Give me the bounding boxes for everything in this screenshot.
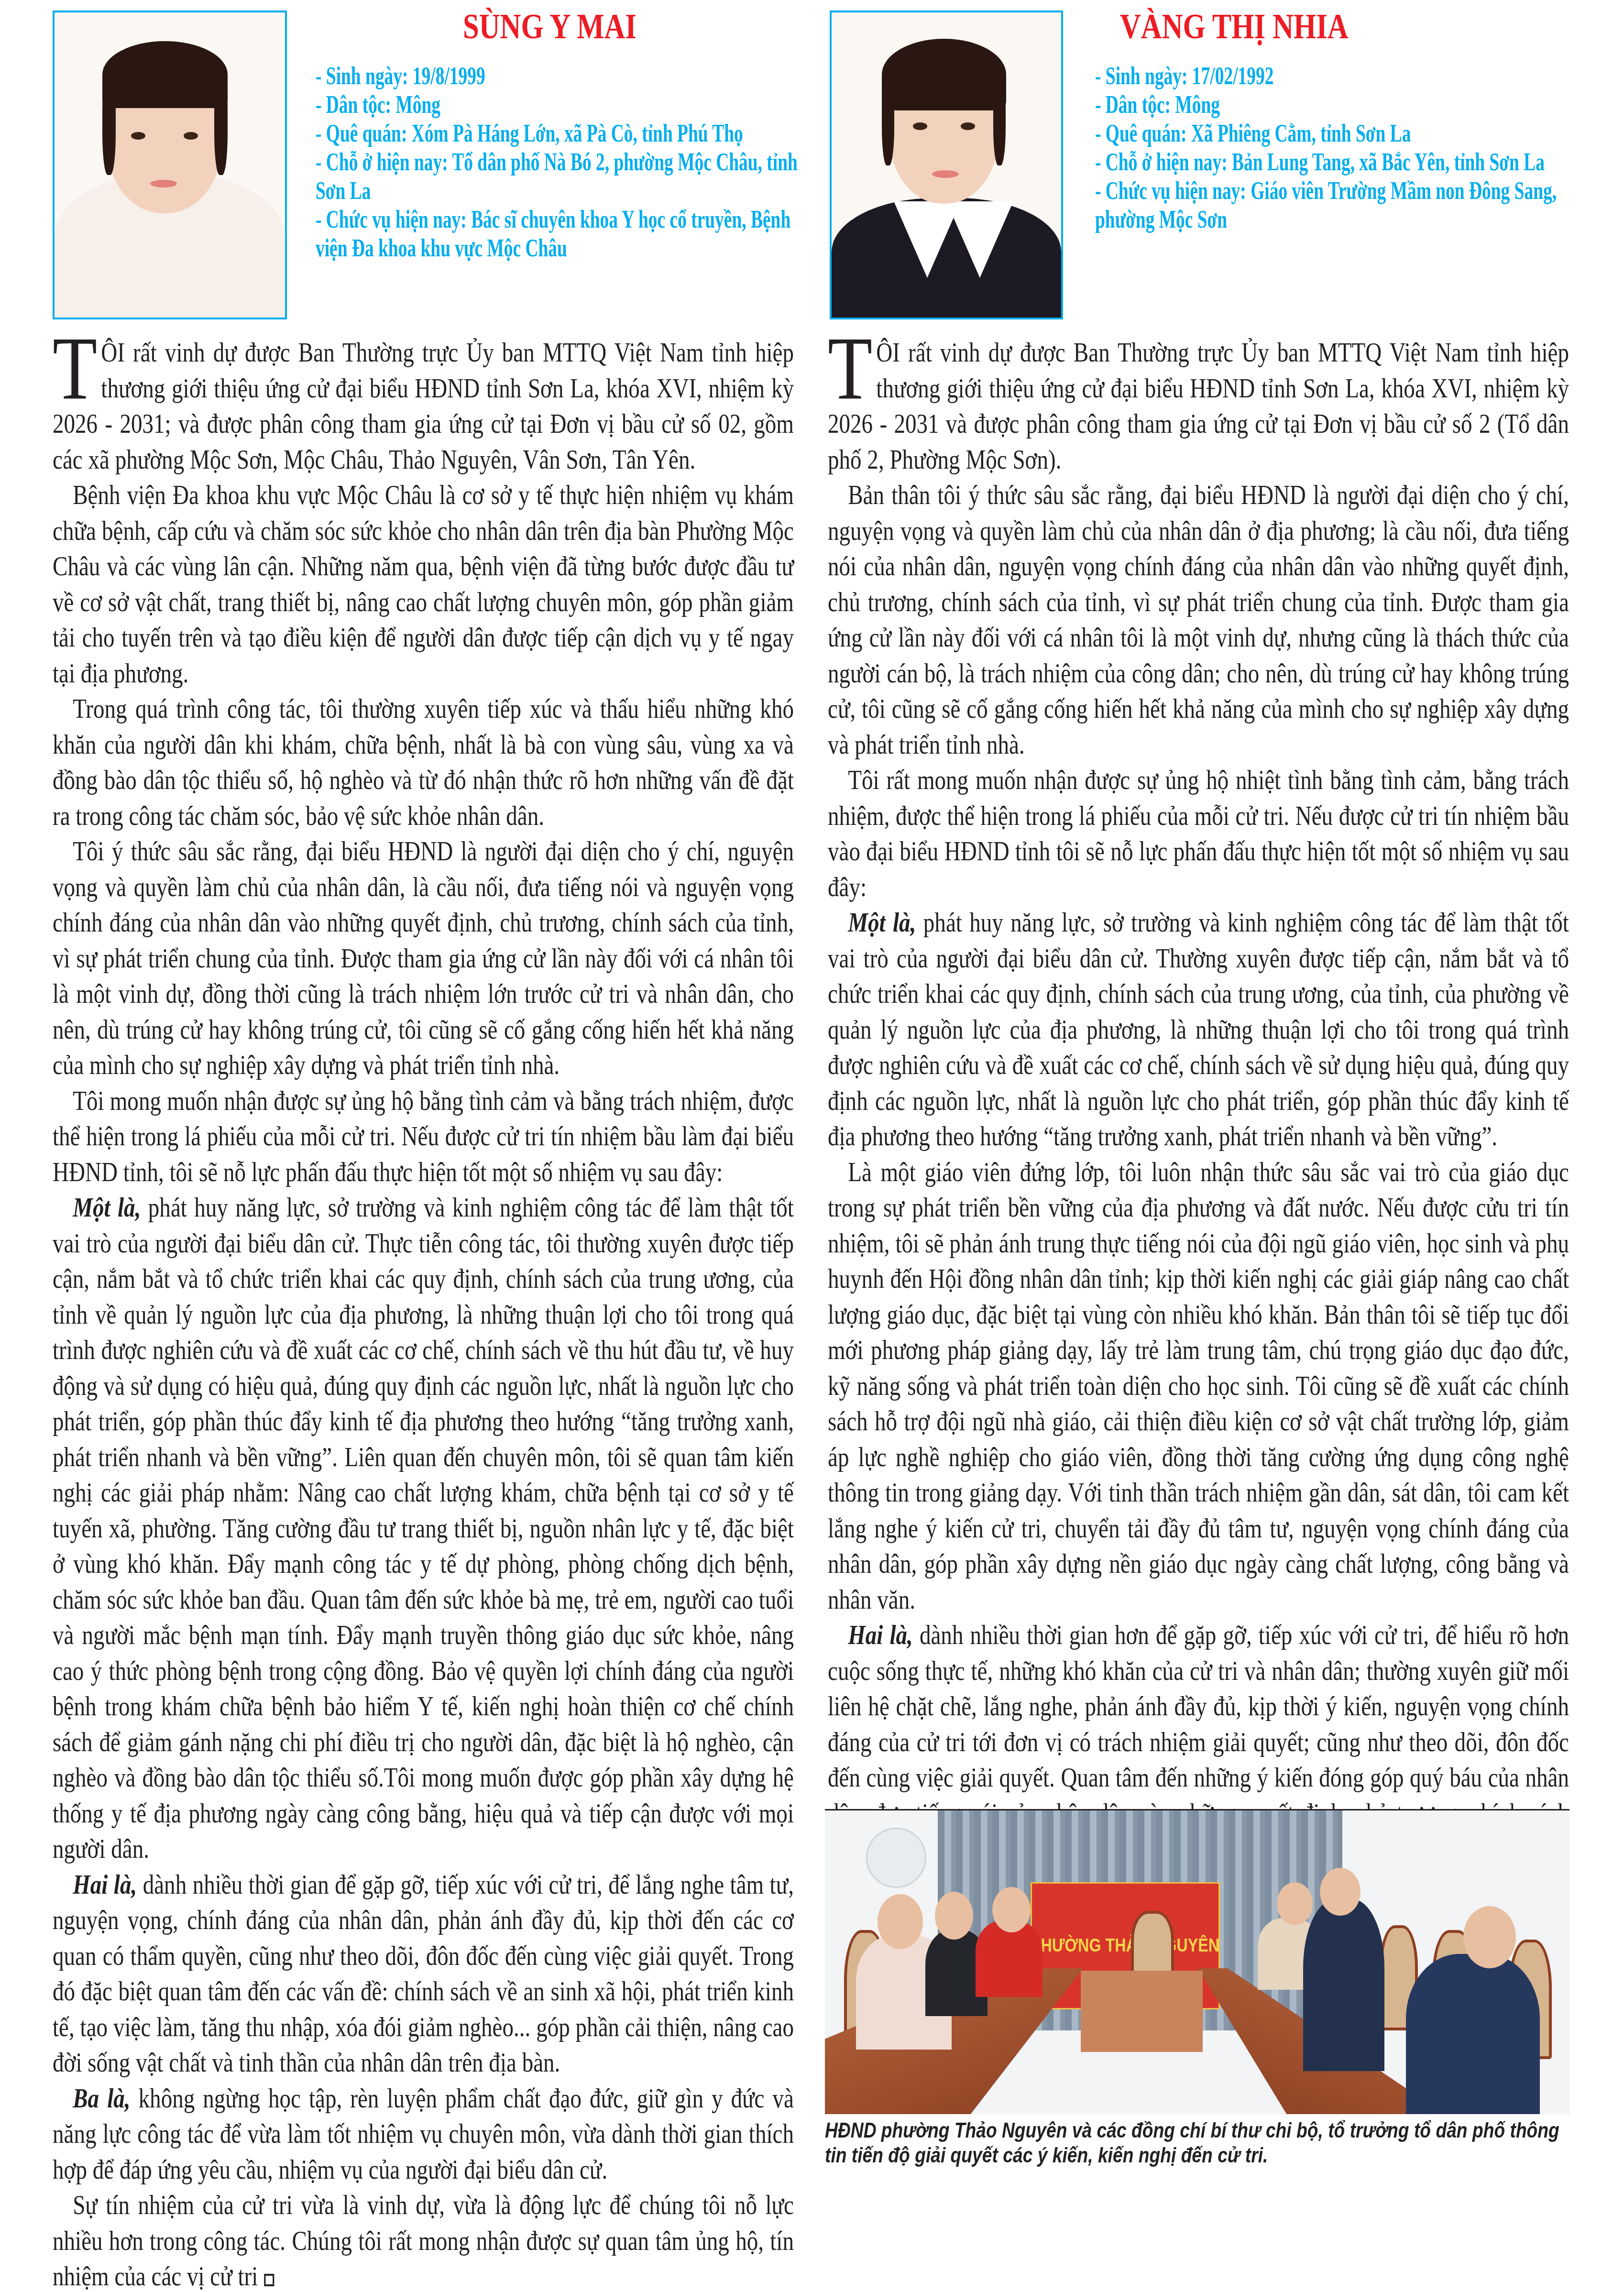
- candidate-portrait-photo: [830, 11, 1063, 319]
- point-lead: Hai là,: [848, 1619, 913, 1650]
- paragraph-text: dành nhiều thời gian để gặp gỡ, tiếp xúc…: [53, 1869, 794, 2078]
- portrait-illustration: [832, 12, 1061, 318]
- article-paragraph: Hai là, dành nhiều thời gian để gặp gỡ, …: [53, 1867, 794, 2081]
- paragraph-text: phát huy năng lực, sở trường và kinh ngh…: [828, 907, 1569, 1151]
- drop-cap: T: [53, 333, 97, 405]
- fact-hometown: - Quê quán: Xóm Pà Háng Lớn, xã Pà Cò, t…: [316, 120, 822, 148]
- article-paragraph: TÔI rất vinh dự được Ban Thường trực Ủy …: [828, 335, 1569, 477]
- attendee-head: [878, 1894, 923, 1949]
- article-paragraph: Tôi mong muốn nhận được sự ủng hộ bằng t…: [53, 1083, 794, 1190]
- paragraph-text: phát huy năng lực, sở trường và kinh ngh…: [53, 1192, 794, 1864]
- point-lead: Hai là,: [73, 1869, 137, 1900]
- candidate-name: SÙNG Y MAI: [463, 7, 636, 47]
- fact-position: - Chức vụ hiện nay: Bác sĩ chuyên khoa Y…: [316, 206, 822, 263]
- point-lead: Ba là,: [73, 2083, 130, 2114]
- paragraph-text: ÔI rất vinh dự được Ban Thường trực Ủy b…: [53, 337, 794, 475]
- fact-ethnicity: - Dân tộc: Mông: [1095, 91, 1601, 120]
- article-paragraph: TÔI rất vinh dự được Ban Thường trực Ủy …: [53, 335, 794, 477]
- article-paragraph: Trong quá trình công tác, tôi thường xuy…: [53, 691, 794, 833]
- attendee-figure-standing: [1303, 1899, 1384, 2071]
- candidate-profile-sung-y-mai: SÙNG Y MAI - Sinh ngày: 19/8/1999 - Dân …: [0, 0, 813, 325]
- drop-cap: T: [828, 333, 872, 405]
- candidate-facts: - Sinh ngày: 17/02/1992 - Dân tộc: Mông …: [1095, 62, 1601, 234]
- point-lead: Một là,: [848, 907, 916, 938]
- fact-position: - Chức vụ hiện nay: Giáo viên Trường Mầm…: [1095, 177, 1601, 234]
- portrait-illustration: [55, 12, 285, 318]
- photo-caption-text: HĐND phường Thảo Nguyên và các đồng chí …: [825, 2118, 1569, 2168]
- candidate-facts: - Sinh ngày: 19/8/1999 - Dân tộc: Mông -…: [316, 62, 822, 263]
- conference-table-end: [1081, 1971, 1203, 2052]
- article-paragraph: Bản thân tôi ý thức sâu sắc rằng, đại bi…: [828, 477, 1569, 762]
- attendee-head: [992, 1887, 1031, 1932]
- fact-hometown: - Quê quán: Xã Phiêng Cằm, tỉnh Sơn La: [1095, 120, 1601, 148]
- fact-birth-date: - Sinh ngày: 19/8/1999: [316, 62, 822, 91]
- wall-fan-icon: [866, 1828, 926, 1888]
- point-lead: Một là,: [73, 1192, 141, 1223]
- article-paragraph: Một là, phát huy năng lực, sở trường và …: [828, 905, 1569, 1154]
- attendee-head: [1277, 1882, 1313, 1925]
- banner-text: PHƯỜNG THẢO NGUYÊN: [1031, 1936, 1219, 1956]
- photo-caption: HĐND phường Thảo Nguyên và các đồng chí …: [825, 2118, 1569, 2168]
- article-paragraph: Tôi rất mong muốn nhận được sự ủng hộ nh…: [828, 762, 1569, 905]
- article-paragraph: Sự tín nhiệm của cử tri vừa là vinh dự, …: [53, 2187, 794, 2292]
- candidate-portrait-photo: [53, 11, 287, 319]
- attendee-head: [1463, 1906, 1516, 1968]
- article-paragraph: Ba là, không ngừng học tập, rèn luyện ph…: [53, 2081, 794, 2188]
- article-paragraph: Tôi ý thức sâu sắc rằng, đại biểu HĐND l…: [53, 833, 794, 1083]
- end-of-article-icon: [264, 2274, 274, 2286]
- article-sung-y-mai: TÔI rất vinh dự được Ban Thường trực Ủy …: [53, 335, 794, 2292]
- fact-birth-date: - Sinh ngày: 17/02/1992: [1095, 62, 1601, 91]
- paragraph-text: ÔI rất vinh dự được Ban Thường trực Ủy b…: [828, 337, 1569, 475]
- article-paragraph: Bệnh viện Đa khoa khu vực Mộc Châu là cơ…: [53, 477, 794, 691]
- attendee-head: [1320, 1868, 1361, 1916]
- fact-residence: - Chỗ ở hiện nay: Bản Lung Tang, xã Bắc …: [1095, 148, 1601, 177]
- candidate-name: VÀNG THỊ NHIA: [1120, 7, 1349, 47]
- fact-ethnicity: - Dân tộc: Mông: [316, 91, 822, 120]
- article-paragraph: Là một giáo viên đứng lớp, tôi luôn nhận…: [828, 1154, 1569, 1618]
- attendee-figure: [1406, 1954, 1540, 2114]
- meeting-photo: PHƯỜNG THẢO NGUYÊN: [825, 1809, 1569, 2114]
- article-paragraph: Một là, phát huy năng lực, sở trường và …: [53, 1190, 794, 1867]
- attendee-head: [935, 1892, 973, 1940]
- fact-residence: - Chỗ ở hiện nay: Tổ dân phố Nà Bó 2, ph…: [316, 148, 822, 206]
- paragraph-text: không ngừng học tập, rèn luyện phẩm chất…: [53, 2083, 794, 2185]
- candidate-profile-vang-thi-nhia: VÀNG THỊ NHIA - Sinh ngày: 17/02/1992 - …: [813, 0, 1624, 325]
- paragraph-text: Sự tín nhiệm của cử tri vừa là vinh dự, …: [53, 2189, 794, 2292]
